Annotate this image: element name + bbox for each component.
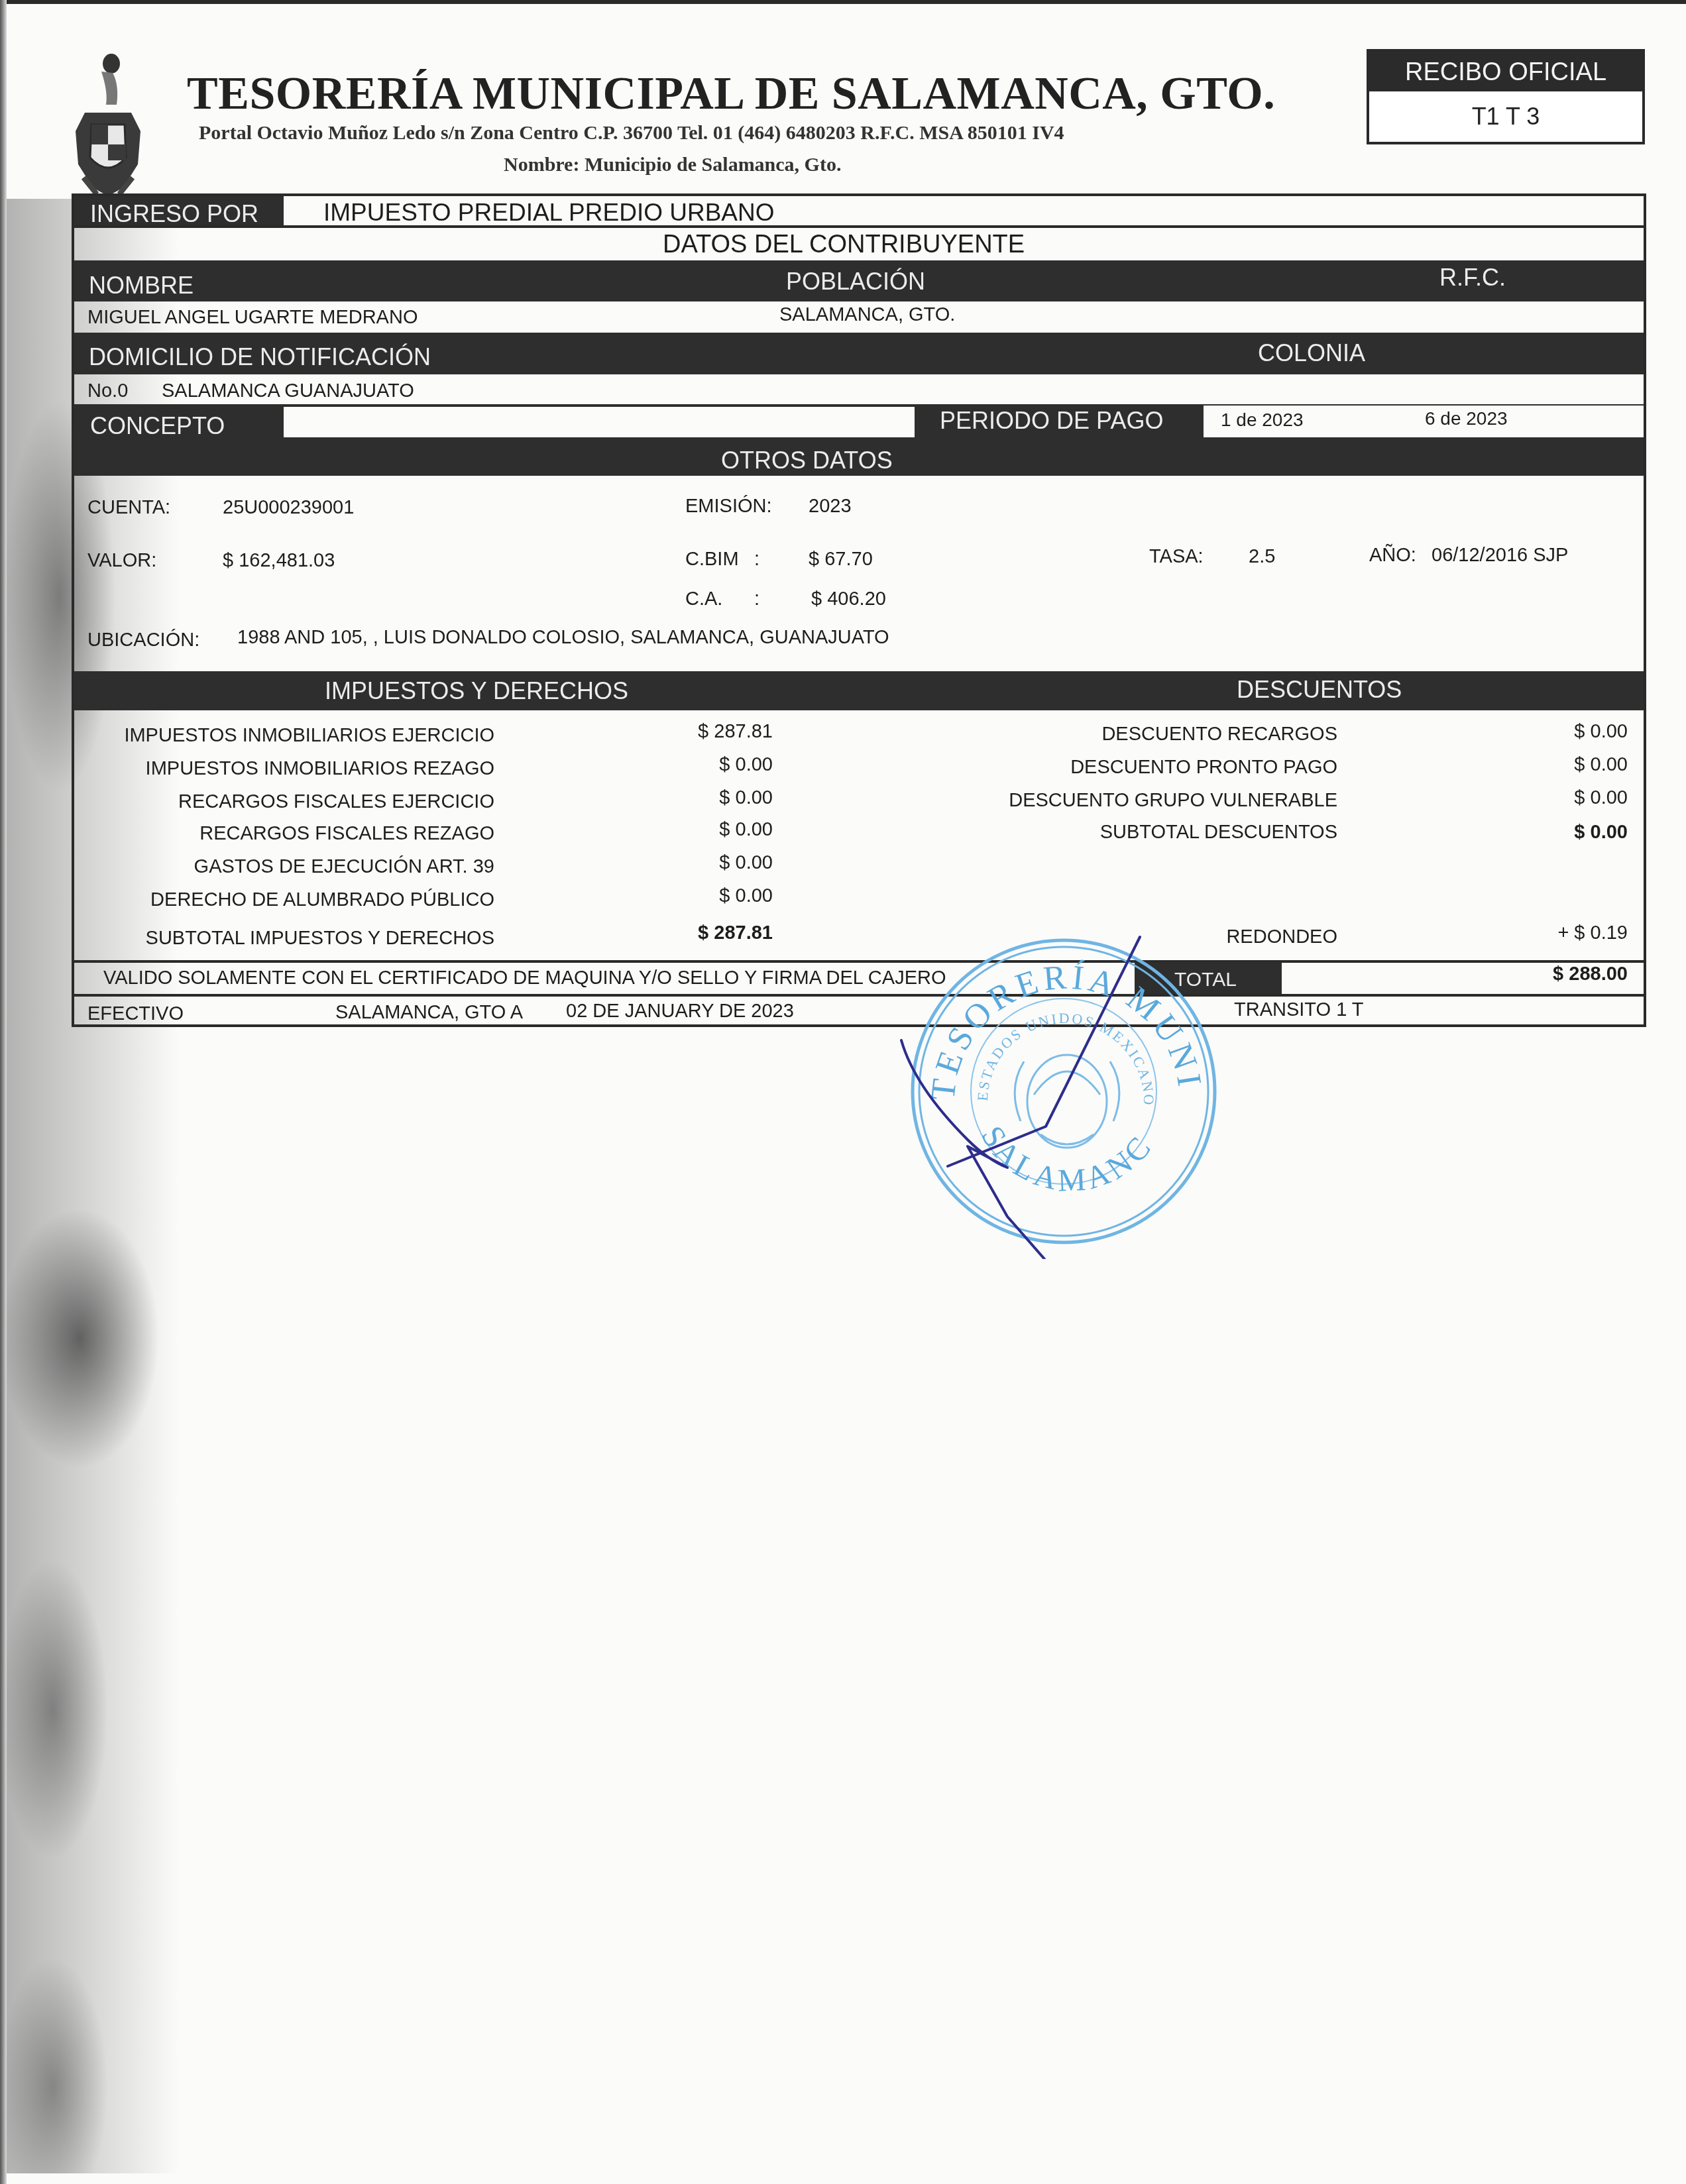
impuesto-label: IMPUESTOS INMOBILIARIOS REZAGO: [99, 758, 494, 780]
poblacion-value: SALAMANCA, GTO.: [779, 304, 955, 326]
impuesto-amount: $ 0.00: [596, 885, 773, 907]
emision-value: 2023: [809, 496, 852, 518]
descuentos-title: DESCUENTOS: [1237, 676, 1402, 704]
descuento-label: DESCUENTO PRONTO PAGO: [928, 757, 1337, 779]
periodo-label: PERIODO DE PAGO: [940, 407, 1163, 435]
contribuyente-section-title: DATOS DEL CONTRIBUYENTE: [663, 231, 1025, 259]
impuesto-amount: $ 0.00: [596, 754, 773, 776]
colonia-header: COLONIA: [1258, 339, 1365, 367]
ca-colon: :: [754, 588, 759, 610]
institution-name-line: Nombre: Municipio de Salamanca, Gto.: [504, 154, 841, 176]
impuestos-subtotal-label: SUBTOTAL IMPUESTOS Y DERECHOS: [99, 928, 494, 950]
tasa-label: TASA:: [1149, 546, 1204, 568]
cuenta-value: 25U000239001: [223, 497, 354, 519]
impuesto-label: GASTOS DE EJECUCIÓN ART. 39: [99, 856, 494, 878]
ubicacion-label: UBICACIÓN:: [87, 629, 199, 651]
cbim-label: C.BIM: [685, 549, 739, 571]
cuenta-label: CUENTA:: [87, 497, 170, 519]
domicilio-value: SALAMANCA GUANAJUATO: [162, 380, 414, 402]
periodo-to: 6 de 2023: [1425, 408, 1508, 429]
cashier-signature: [888, 928, 1219, 1259]
cbim-colon: :: [754, 549, 759, 571]
impuesto-label: IMPUESTOS INMOBILIARIOS EJERCICIO: [99, 725, 494, 747]
valor-value: $ 162,481.03: [223, 550, 335, 572]
descuento-amount: $ 0.00: [1458, 754, 1628, 776]
divider: [74, 225, 1644, 228]
impuesto-label: RECARGOS FISCALES REZAGO: [99, 823, 494, 845]
redondeo-value: + $ 0.19: [1458, 922, 1628, 944]
cbim-value: $ 67.70: [809, 549, 873, 571]
impuestos-descuentos-header: [74, 671, 1644, 710]
ingreso-label: INGRESO POR: [90, 200, 258, 228]
concepto-label: CONCEPTO: [90, 412, 225, 440]
ca-value: $ 406.20: [811, 588, 886, 610]
scan-border-top: [0, 0, 1686, 4]
impuesto-amount: $ 287.81: [596, 721, 773, 743]
impuesto-amount: $ 0.00: [596, 787, 773, 809]
nombre-header: NOMBRE: [89, 272, 194, 300]
divider: [74, 994, 1644, 997]
impuestos-title: IMPUESTOS Y DERECHOS: [325, 677, 628, 705]
anio-label: AÑO:: [1369, 545, 1416, 567]
receipt-number: T1 T 3: [1369, 91, 1642, 142]
lugar: SALAMANCA, GTO A: [335, 1002, 523, 1024]
descuento-label: DESCUENTO GRUPO VULNERABLE: [928, 790, 1337, 812]
divider: [74, 960, 1644, 963]
impuestos-subtotal: $ 287.81: [596, 922, 773, 944]
emision-label: EMISIÓN:: [685, 496, 772, 518]
rfc-header: R.F.C.: [1439, 264, 1506, 292]
domicilio-number: No.0: [87, 380, 128, 402]
fecha: 02 DE JANUARY DE 2023: [566, 1001, 794, 1022]
impuesto-label: RECARGOS FISCALES EJERCICIO: [99, 791, 494, 813]
institution-title: TESORERÍA MUNICIPAL DE SALAMANCA, GTO.: [187, 68, 1275, 121]
ca-label: C.A.: [685, 588, 722, 610]
otros-datos-title: OTROS DATOS: [721, 447, 893, 474]
coat-of-arms-icon: [72, 52, 144, 197]
valor-label: VALOR:: [87, 550, 156, 572]
descuento-amount: $ 0.00: [1458, 787, 1628, 809]
impuesto-amount: $ 0.00: [596, 819, 773, 841]
ingreso-value: IMPUESTO PREDIAL PREDIO URBANO: [323, 199, 775, 227]
total-value: $ 288.00: [1458, 963, 1628, 985]
anio-value: 06/12/2016 SJP: [1432, 545, 1568, 567]
forma-pago: EFECTIVO: [87, 1003, 184, 1025]
descuento-amount: $ 0.00: [1458, 721, 1628, 743]
descuentos-subtotal-label: SUBTOTAL DESCUENTOS: [928, 822, 1337, 844]
nombre-value: MIGUEL ANGEL UGARTE MEDRANO: [87, 307, 418, 329]
scan-border-left: [0, 0, 7, 2184]
institution-address: Portal Octavio Muñoz Ledo s/n Zona Centr…: [199, 122, 1064, 144]
ubicacion-value: 1988 AND 105, , LUIS DONALDO COLOSIO, SA…: [237, 627, 889, 649]
concepto-field: [284, 407, 915, 437]
transito: TRANSITO 1 T: [1234, 999, 1364, 1021]
impuesto-amount: $ 0.00: [596, 852, 773, 874]
tasa-value: 2.5: [1249, 546, 1275, 568]
descuentos-subtotal: $ 0.00: [1458, 822, 1628, 844]
receipt-box: RECIBO OFICIAL T1 T 3: [1367, 49, 1645, 144]
domicilio-header: DOMICILIO DE NOTIFICACIÓN: [89, 343, 431, 371]
poblacion-header: POBLACIÓN: [786, 268, 925, 296]
valido-notice: VALIDO SOLAMENTE CON EL CERTIFICADO DE M…: [103, 967, 946, 989]
impuesto-label: DERECHO DE ALUMBRADO PÚBLICO: [99, 889, 494, 911]
receipt-label: RECIBO OFICIAL: [1369, 52, 1642, 91]
periodo-from: 1 de 2023: [1221, 409, 1304, 431]
descuento-label: DESCUENTO RECARGOS: [928, 724, 1337, 745]
